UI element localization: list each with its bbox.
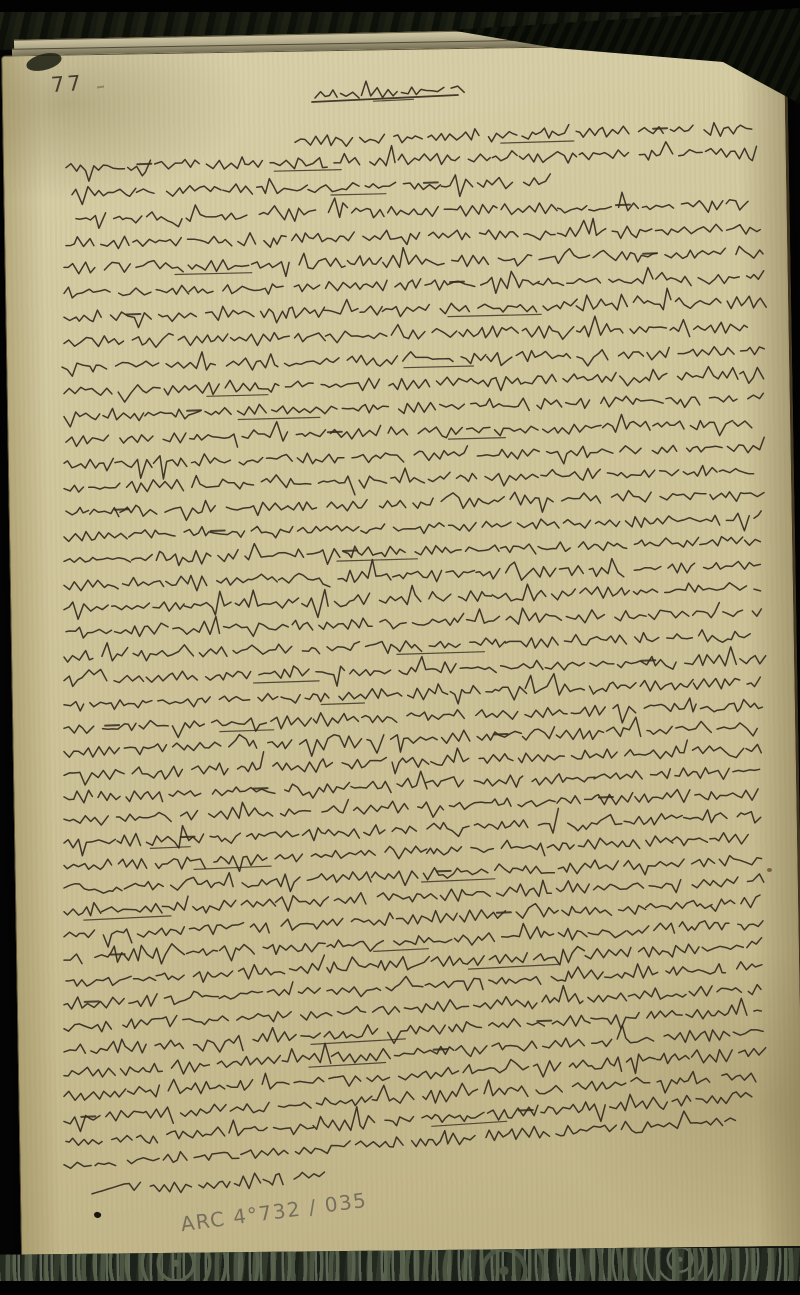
top-black-edge — [0, 0, 800, 12]
manuscript-scan: 77 ARC 4°732 / 035 — [0, 0, 800, 1295]
paper-flaw-speck — [767, 868, 772, 872]
bottom-black-edge — [0, 1281, 800, 1295]
manuscript-page — [1, 43, 800, 1263]
folio-page-number: 77 — [50, 71, 84, 97]
